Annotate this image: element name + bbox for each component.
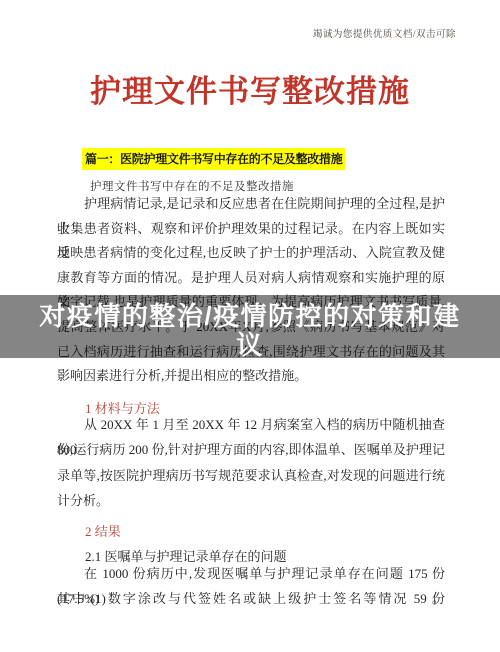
paragraph-results: 在 1000 份病历中,发现医嘱单与护理记录单存在问题 175 份(17.5%)…: [57, 562, 445, 611]
body-line: 反映患者病情的变化过程,也反映了护士的护理活动、入院宣教及健: [57, 241, 445, 266]
body-line: 其中:(1)数字涂改与代签姓名或缺上级护士签名等情况 59 份: [57, 587, 445, 612]
body-line: 收集患者资料、观察和评价护理效果的过程记录。在内容上既如实地: [57, 217, 445, 242]
highlight-heading: 篇一：医院护理文件书写中存在的不足及整改措施: [82, 148, 345, 170]
overlay-banner-text: 对疫情的整治/疫情防控的对策和建 议: [0, 295, 500, 358]
document-page: 竭诚为您提供优质文档/双击可除 护理文件书写整改措施 篇一：医院护理文件书写中存…: [0, 0, 500, 652]
body-line: 护理病情记录,是记录和反应患者在住院期间护理的全过程,是护士: [57, 192, 445, 217]
watermark-text: 竭诚为您提供优质文档/双击可除: [313, 26, 456, 40]
overlay-banner[interactable]: 对疫情的整治/疫情防控的对策和建 议: [0, 295, 500, 358]
body-line: 在 1000 份病历中,发现医嘱单与护理记录单存在问题 175 份(17.5%)…: [57, 562, 445, 587]
body-line: 计分析。: [57, 488, 445, 513]
body-line: 录单等,按医院护理病历书写规范要求认真检查,对发现的问题进行统: [57, 463, 445, 488]
body-line: 影响因素进行分析,并提出相应的整改措施。: [57, 364, 445, 389]
document-title: 护理文件书写整改措施: [0, 66, 500, 111]
paragraph-methods: 从 20XX 年 1 月至 20XX 年 12 月病案室入档的病历中随机抽查 8…: [57, 412, 445, 513]
body-line: 康教育等方面的情况。是护理人员对病人病情观察和实施护理的原始: [57, 266, 445, 291]
body-line: 份,运行病历 200 份,针对护理方面的内容,即体温单、医嘱单及护理记: [57, 437, 445, 462]
overlay-banner-line: 议: [236, 331, 264, 360]
body-line: 从 20XX 年 1 月至 20XX 年 12 月病案室入档的病历中随机抽查 8…: [57, 412, 445, 437]
heading-results: 2 结果: [85, 521, 121, 540]
overlay-banner-line: 对疫情的整治/疫情防控的对策和建: [39, 302, 460, 331]
